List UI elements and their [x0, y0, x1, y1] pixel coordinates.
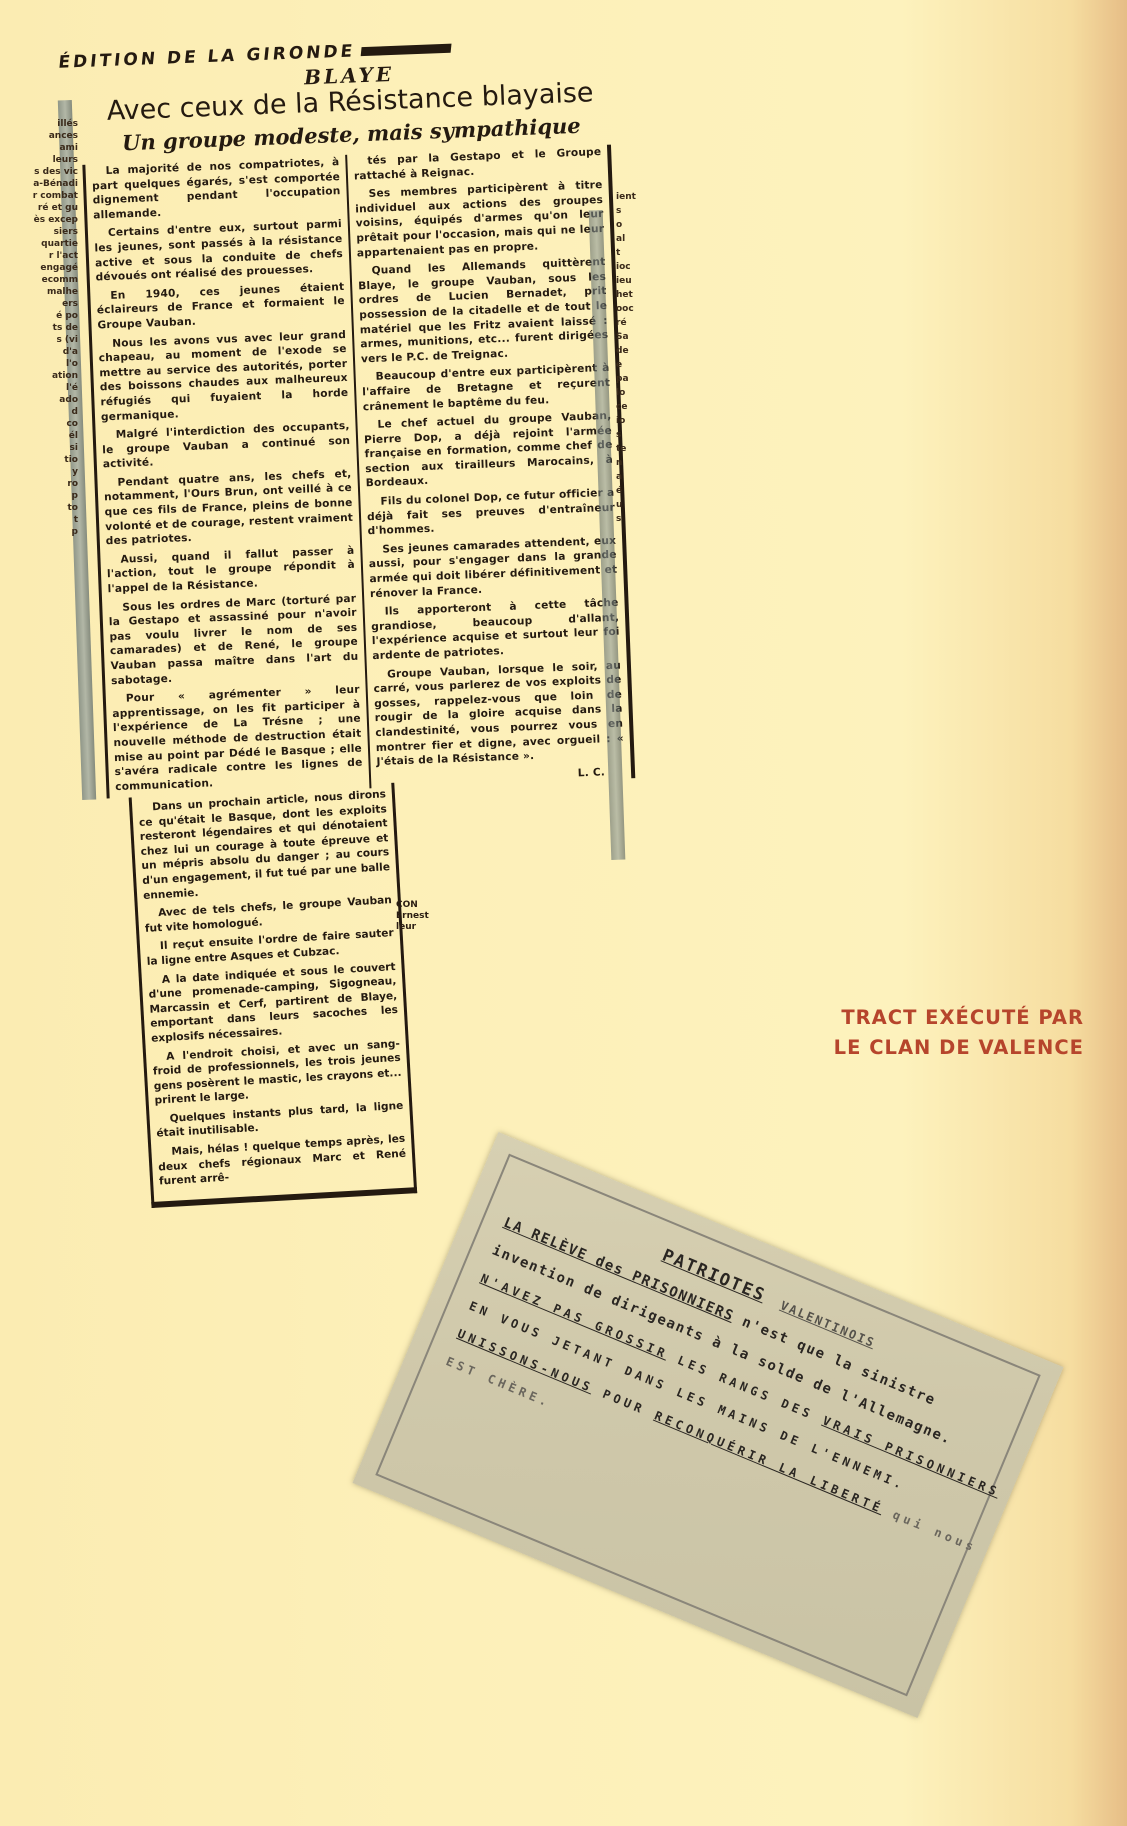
caption-line-2: LE CLAN DE VALENCE	[784, 1033, 1084, 1063]
article-paragraph: Nous les avons vus avec leur grand chape…	[98, 327, 349, 424]
article-paragraph: Certains d'entre eux, surtout parmi les …	[94, 217, 344, 285]
fragment-line: t	[28, 514, 78, 526]
fragment-line: de	[616, 344, 656, 358]
fragment-line: a-Bénadi	[28, 178, 78, 190]
article-paragraph: Aussi, quand il fallut passer à l'action…	[106, 544, 355, 597]
fragment-line: p	[28, 490, 78, 502]
article-column-left: La majorité de nos compatriotes, à part …	[82, 155, 369, 799]
fragment-line: o	[616, 218, 656, 232]
fragment-line: r combat	[28, 190, 78, 202]
adjacent-column-fragments: illésancesamileurss des vica-Bénadir com…	[28, 118, 78, 538]
adjacent-column-fragments-right: ientsoaltiocieuhetoocréSadeepaloceiosten…	[616, 190, 656, 526]
article-paragraph: Fils du colonel Dop, ce futur officier a…	[366, 486, 615, 539]
fragment-line: ts de	[28, 322, 78, 334]
article-paragraph: Groupe Vauban, lorsque le soir, au carré…	[373, 658, 625, 770]
fragment-line: leurs	[28, 154, 78, 166]
article-paragraph: Dans un prochain article, nous dirons ce…	[138, 788, 391, 904]
fragment-line: n	[616, 456, 656, 470]
fragment-line: illés	[28, 118, 78, 130]
article-paragraph: Malgré l'interdiction des occupants, le …	[101, 419, 350, 472]
fragment-line: ers	[28, 298, 78, 310]
tract-caption: TRACT EXÉCUTÉ PAR LE CLAN DE VALENCE	[784, 1003, 1084, 1063]
fragment-line: y	[28, 466, 78, 478]
article-paragraph: Pour « agrémenter » leur apprentissage, …	[112, 683, 364, 795]
fragment-line: ès excep	[28, 214, 78, 226]
article-paragraph: Beaucoup d'entre eux participèrent à l'a…	[361, 361, 610, 414]
fragment-line: l'o	[28, 358, 78, 370]
fragment-line: s	[616, 204, 656, 218]
fragment-line: s	[616, 428, 656, 442]
article-columns: La majorité de nos compatriotes, à part …	[82, 144, 646, 799]
fragment-line: ré	[616, 316, 656, 330]
article-paragraph: La majorité de nos compatriotes, à part …	[91, 155, 341, 223]
fragment-line: p	[28, 526, 78, 538]
fragment-line: ro	[28, 478, 78, 490]
fragment-line: ado	[28, 394, 78, 406]
fragment-line: d'a	[28, 346, 78, 358]
fragment-line: r l'act	[28, 250, 78, 262]
fragment-line: ioc	[616, 260, 656, 274]
fragment-line: leur	[396, 922, 429, 933]
fragment-line: t	[616, 246, 656, 260]
adjacent-fragment-bottom: CONErnestleur	[396, 900, 429, 933]
fragment-line: io	[616, 414, 656, 428]
article-paragraph: A l'endroit choisi, et avec un sang-froi…	[152, 1037, 403, 1109]
article-paragraph: Pendant quatre ans, les chefs et, notamm…	[103, 467, 354, 549]
fragment-line: d	[28, 406, 78, 418]
fragment-line: engagé	[28, 262, 78, 274]
scanned-page: illésancesamileurss des vica-Bénadir com…	[0, 0, 1127, 1826]
fragment-line: e	[616, 358, 656, 372]
article-paragraph: Quand les Allemands quittèrent Blaye, le…	[357, 255, 609, 367]
fragment-line: siers	[28, 226, 78, 238]
fragment-line: l'é	[28, 382, 78, 394]
article-paragraph: Ils apporteront à cette tâche grandiose,…	[370, 596, 620, 664]
article-paragraph: Sous les ordres de Marc (torturé par la …	[108, 591, 359, 688]
fragment-line: a	[616, 470, 656, 484]
fragment-line: to	[28, 502, 78, 514]
article-paragraph: Mais, hélas ! quelque temps après, les d…	[157, 1132, 407, 1190]
fragment-line: Ernest	[396, 911, 429, 922]
caption-line-1: TRACT EXÉCUTÉ PAR	[784, 1003, 1084, 1033]
article-paragraph: Ses jeunes camarades attendent, eux auss…	[368, 534, 618, 602]
fragment-line: ation	[28, 370, 78, 382]
article-continuation: Dans un prochain article, nous dirons ce…	[129, 783, 418, 1208]
fragment-line: u	[616, 498, 656, 512]
fragment-line: s	[616, 512, 656, 526]
fragment-line: é po	[28, 310, 78, 322]
fragment-line: ré et gu	[28, 202, 78, 214]
fragment-line: lo	[616, 386, 656, 400]
fragment-line: él	[28, 430, 78, 442]
fragment-line: quartie	[28, 238, 78, 250]
article-paragraph: Le chef actuel du groupe Vauban, Pierre …	[363, 409, 614, 491]
fragment-line: het	[616, 288, 656, 302]
fragment-line: ce	[616, 400, 656, 414]
fragment-line: ooc	[616, 302, 656, 316]
fragment-line: ances	[28, 130, 78, 142]
article-paragraph: Ses membres participèrent à titre indivi…	[354, 178, 605, 260]
fragment-line: pa	[616, 372, 656, 386]
fragment-line: s des vic	[28, 166, 78, 178]
fragment-line: te	[616, 442, 656, 456]
fragment-line: s (vi	[28, 334, 78, 346]
fragment-line: ieu	[616, 274, 656, 288]
fragment-line: Sa	[616, 330, 656, 344]
fragment-line: CON	[396, 900, 429, 911]
fragment-line: al	[616, 232, 656, 246]
fragment-line: si	[28, 442, 78, 454]
fragment-line: tio	[28, 454, 78, 466]
article-paragraph: A la date indiquée et sous le couvert d'…	[148, 960, 400, 1047]
fragment-line: ecomm	[28, 274, 78, 286]
article-paragraph: En 1940, ces jeunes étaient éclaireurs d…	[96, 280, 345, 333]
fragment-line: co	[28, 418, 78, 430]
fragment-line: malhe	[28, 286, 78, 298]
fragment-line: ami	[28, 142, 78, 154]
resistance-tract: PATRIOTESVALENTINOIS LA RELÈVE des PRISO…	[352, 1132, 1063, 1718]
article-paragraph: tés par la Gestapo et le Groupe rattaché…	[353, 145, 602, 184]
fragment-line: é	[616, 484, 656, 498]
newspaper-clipping: Édition de la Gironde BLAYE Avec ceux de…	[78, 31, 662, 1209]
fragment-line: ient	[616, 190, 656, 204]
